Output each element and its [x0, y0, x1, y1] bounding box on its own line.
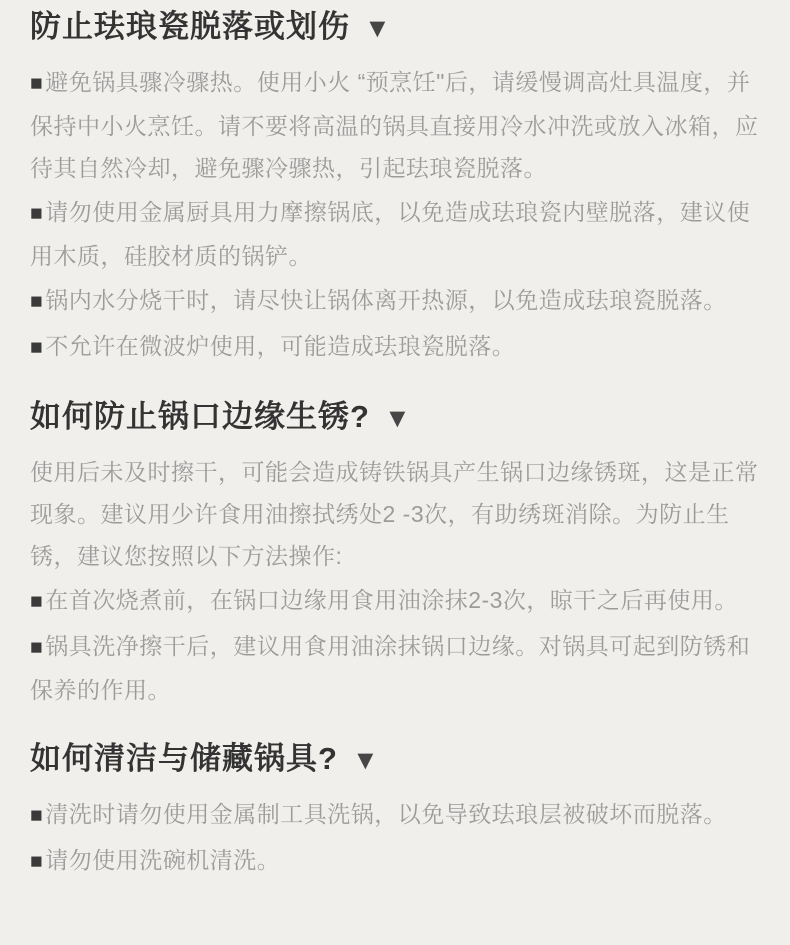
section-header-rust-prevention[interactable]: 如何防止锅口边缘生锈? ▼ [30, 395, 765, 439]
bullet-item: ■请勿使用金属厨具用力摩擦锅底，以免造成珐琅瓷内壁脱落，建议使用木质，硅胶材质的… [30, 191, 765, 277]
bullet-text: 避免锅具骤冷骤热。使用小火 “预烹饪"后，请缓慢调高灶具温度，并保持中小火烹饪。… [30, 69, 759, 181]
square-bullet-icon: ■ [30, 290, 43, 313]
square-bullet-icon: ■ [30, 850, 43, 873]
square-bullet-icon: ■ [30, 336, 43, 359]
bullet-text: 不允许在微波炉使用，可能造成珐琅瓷脱落。 [45, 333, 515, 359]
square-bullet-icon: ■ [30, 72, 43, 95]
pot-care-instructions-page: 防止珐琅瓷脱落或划伤 ▼ ■避免锅具骤冷骤热。使用小火 “预烹饪"后，请缓慢调高… [0, 0, 790, 945]
section-title: 如何清洁与储藏锅具? [30, 737, 338, 781]
section-rust-prevention: 如何防止锅口边缘生锈? ▼ 使用后未及时擦干，可能会造成铸铁锅具产生锅口边缘锈斑… [30, 395, 765, 711]
bullet-text: 请勿使用金属厨具用力摩擦锅底，以免造成珐琅瓷内壁脱落，建议使用木质，硅胶材质的锅… [30, 199, 750, 269]
section-title: 防止珐琅瓷脱落或划伤 [30, 5, 350, 49]
bullet-text: 锅内水分烧干时，请尽快让锅体离开热源，以免造成珐琅瓷脱落。 [45, 287, 727, 313]
paragraph-text: 使用后未及时擦干，可能会造成铸铁锅具产生锅口边缘锈斑，这是正常现象。建议用少许食… [30, 459, 759, 569]
bullet-item: ■锅具洗净擦干后，建议用食用油涂抹锅口边缘。对锅具可起到防锈和保养的作用。 [30, 625, 765, 711]
bullet-item: ■不允许在微波炉使用，可能造成珐琅瓷脱落。 [30, 325, 765, 369]
section-header-cleaning-storage[interactable]: 如何清洁与储藏锅具? ▼ [30, 737, 765, 781]
section-enamel-protection: 防止珐琅瓷脱落或划伤 ▼ ■避免锅具骤冷骤热。使用小火 “预烹饪"后，请缓慢调高… [30, 5, 765, 369]
bullet-item: ■在首次烧煮前，在锅口边缘用食用油涂抹2-3次，晾干之后再使用。 [30, 579, 765, 623]
square-bullet-icon: ■ [30, 590, 43, 613]
bullet-text: 锅具洗净擦干后，建议用食用油涂抹锅口边缘。对锅具可起到防锈和保养的作用。 [30, 633, 750, 703]
bullet-item: ■请勿使用洗碗机清洗。 [30, 839, 765, 883]
bullet-item: ■锅内水分烧干时，请尽快让锅体离开热源，以免造成珐琅瓷脱落。 [30, 279, 765, 323]
square-bullet-icon: ■ [30, 804, 43, 827]
section-header-enamel-protection[interactable]: 防止珐琅瓷脱落或划伤 ▼ [30, 5, 765, 49]
bullet-item: ■清洗时请勿使用金属制工具洗锅，以免导致珐琅层被破坏而脱落。 [30, 793, 765, 837]
paragraph: 使用后未及时擦干，可能会造成铸铁锅具产生锅口边缘锈斑，这是正常现象。建议用少许食… [30, 451, 765, 577]
section-cleaning-storage: 如何清洁与储藏锅具? ▼ ■清洗时请勿使用金属制工具洗锅，以免导致珐琅层被破坏而… [30, 737, 765, 883]
bullet-text: 在首次烧煮前，在锅口边缘用食用油涂抹2-3次，晾干之后再使用。 [45, 587, 738, 613]
square-bullet-icon: ■ [30, 202, 43, 225]
triangle-down-icon: ▼ [352, 738, 379, 782]
bullet-text: 清洗时请勿使用金属制工具洗锅，以免导致珐琅层被破坏而脱落。 [45, 801, 727, 827]
triangle-down-icon: ▼ [384, 396, 411, 440]
bullet-item: ■避免锅具骤冷骤热。使用小火 “预烹饪"后，请缓慢调高灶具温度，并保持中小火烹饪… [30, 61, 765, 189]
triangle-down-icon: ▼ [364, 6, 391, 50]
square-bullet-icon: ■ [30, 636, 43, 659]
bullet-text: 请勿使用洗碗机清洗。 [45, 847, 280, 873]
section-title: 如何防止锅口边缘生锈? [30, 395, 370, 439]
